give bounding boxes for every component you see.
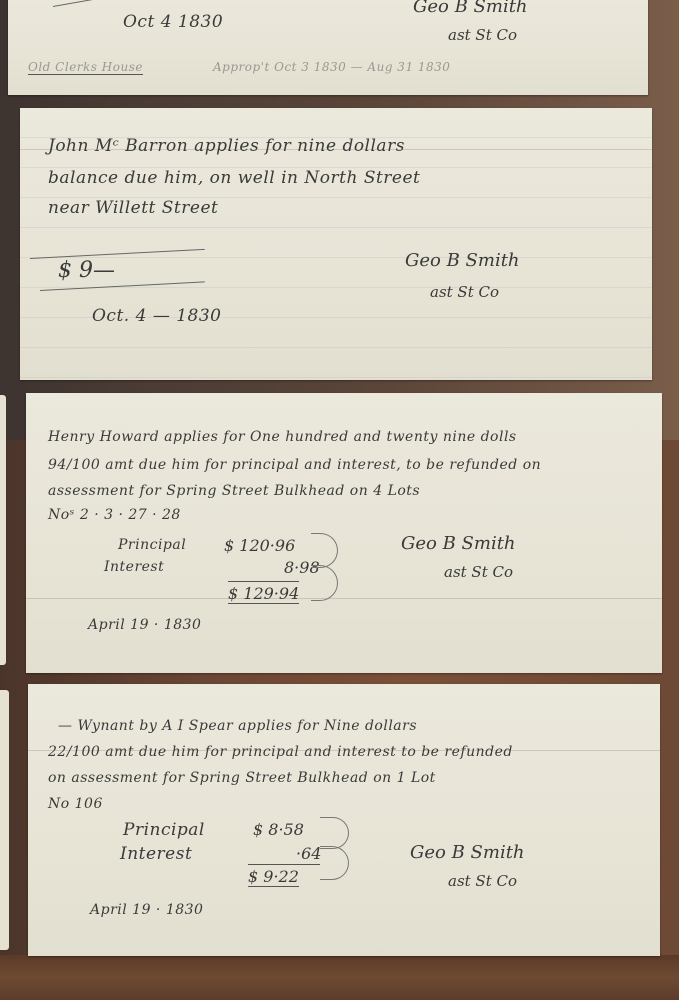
principal-value: $ 8·58 (253, 820, 304, 839)
adjacent-sheet-edge (0, 395, 6, 665)
total-value: $ 129·94 (228, 581, 299, 603)
body-line-3: near Willett Street (48, 198, 218, 218)
document-date: April 19 · 1830 (88, 617, 201, 633)
total-value: $ 9·22 (248, 864, 320, 886)
signature-title: ast St Co (448, 872, 517, 890)
body-line-2: 94/100 amt due him for principal and int… (48, 457, 541, 473)
document-sheet-top-partial: Oct 4 1830 Geo B Smith ast St Co Old Cle… (8, 0, 648, 95)
signature-title: ast St Co (444, 563, 513, 581)
adjacent-sheet-edge (0, 690, 9, 950)
document-sheet-howard: Henry Howard applies for One hundred and… (26, 393, 662, 673)
interest-value: ·64 (296, 844, 321, 863)
bracket (320, 846, 349, 880)
signature: Geo B Smith (413, 0, 528, 17)
document-sheet-wynant: — Wynant by A I Spear applies for Nine d… (28, 684, 660, 956)
document-sheet-mcbarron: John Mᶜ Barron applies for nine dollars … (20, 108, 652, 380)
bracket (320, 817, 349, 849)
signature: Geo B Smith (405, 250, 520, 271)
interest-label: Interest (120, 844, 192, 864)
body-line-4: Noˢ 2 · 3 · 27 · 28 (48, 507, 181, 523)
principal-label: Principal (123, 820, 205, 840)
body-line-2: 22/100 amt due him for principal and int… (48, 744, 513, 760)
amount-flourish-top (30, 249, 205, 259)
principal-value: $ 120·96 (224, 536, 295, 555)
principal-label: Principal (118, 537, 186, 553)
document-date: Oct 4 1830 (123, 12, 223, 32)
signature: Geo B Smith (401, 533, 516, 554)
margin-note-right: Approp't Oct 3 1830 — Aug 31 1830 (213, 60, 450, 74)
body-line-4: No 106 (48, 796, 103, 812)
amount: $ 9— (58, 258, 115, 283)
body-line-3: on assessment for Spring Street Bulkhead… (48, 770, 436, 786)
bracket (311, 533, 338, 568)
margin-note-left: Old Clerks House (28, 60, 143, 74)
signature: Geo B Smith (410, 842, 525, 863)
fold-crease (26, 598, 662, 599)
signature-title: ast St Co (430, 283, 499, 301)
body-line-1: John Mᶜ Barron applies for nine dollars (48, 136, 405, 156)
wooden-table-edge (0, 955, 679, 1000)
pen-flourish (53, 0, 142, 7)
signature-title: ast St Co (448, 26, 517, 44)
body-line-2: balance due him, on well in North Street (48, 168, 420, 188)
bracket (311, 565, 338, 601)
document-date: Oct. 4 — 1830 (92, 306, 221, 326)
body-line-1: — Wynant by A I Spear applies for Nine d… (58, 718, 417, 734)
interest-label: Interest (104, 559, 164, 575)
document-date: April 19 · 1830 (90, 902, 203, 918)
body-line-1: Henry Howard applies for One hundred and… (48, 429, 517, 445)
body-line-3: assessment for Spring Street Bulkhead on… (48, 483, 420, 499)
